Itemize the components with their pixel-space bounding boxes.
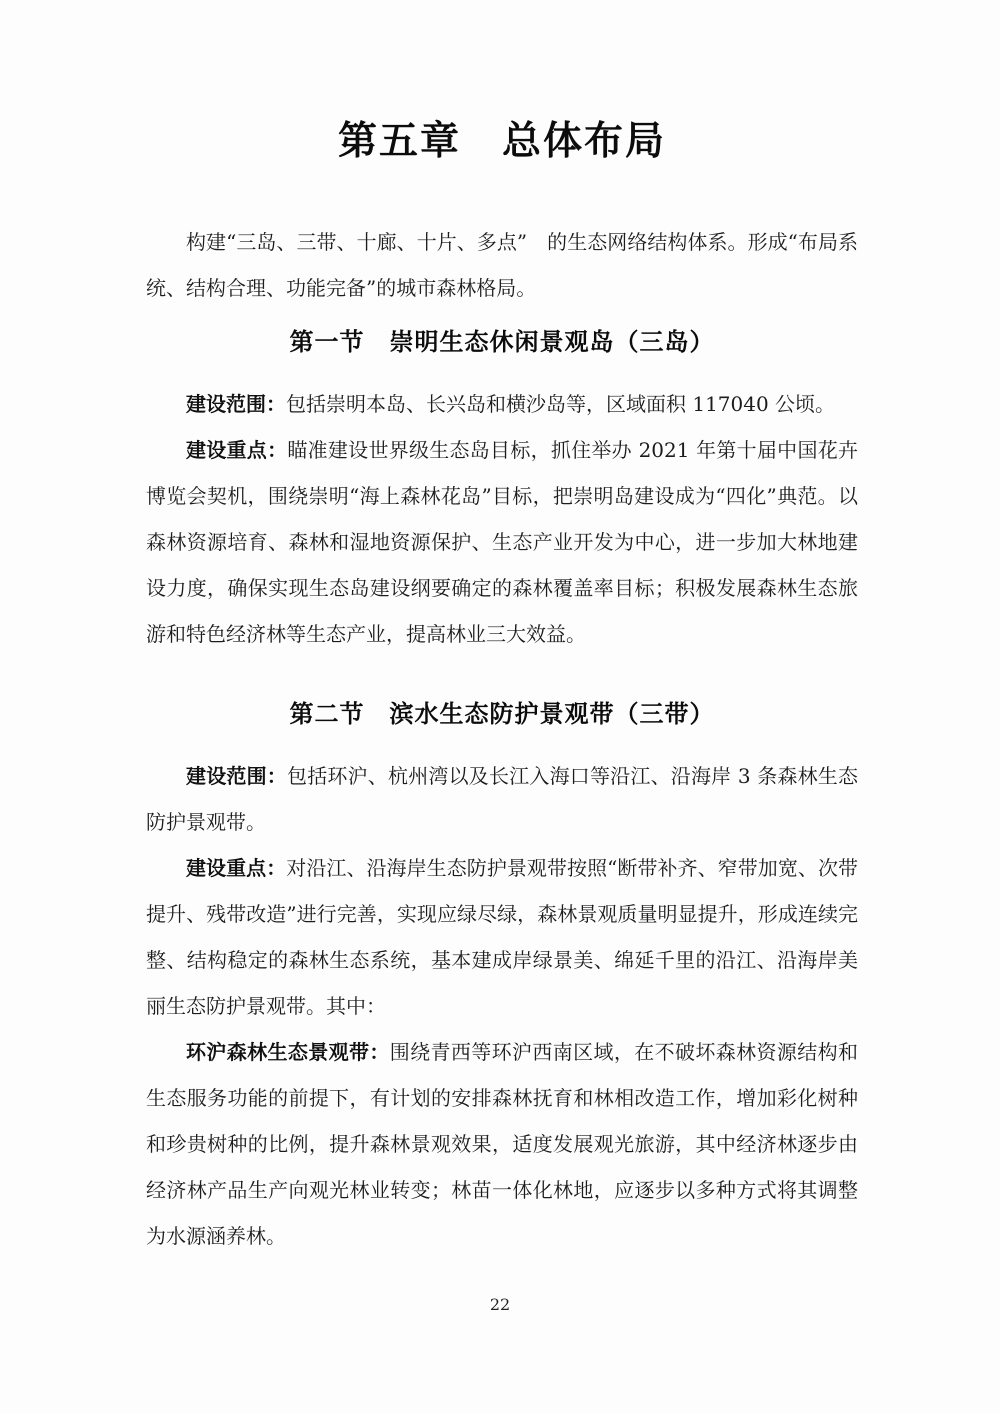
section-2-paragraph-2: 建设重点：对沿江、沿海岸生态防护景观带按照“断带补齐、窄带加宽、次带提升、残带改… (146, 845, 858, 1029)
paragraph-lead: 环沪森林生态景观带： (186, 1040, 390, 1064)
paragraph-text: 围绕青西等环沪西南区域，在不破坏森林资源结构和生态服务功能的前提下，有计划的安排… (146, 1040, 858, 1248)
document-page: 第五章 总体布局 构建“三岛、三带、十廊、十片、多点” 的生态网络结构体系。形成… (0, 0, 1000, 1414)
section-1-paragraph-2: 建设重点：瞄准建设世界级生态岛目标，抓住举办 2021 年第十届中国花卉博览会契… (146, 427, 858, 657)
paragraph-lead: 建设范围： (186, 764, 287, 788)
chapter-title: 第五章 总体布局 (146, 118, 858, 167)
section-2-paragraph-1: 建设范围：包括环沪、杭州湾以及长江入海口等沿江、沿海岸 3 条森林生态防护景观带… (146, 753, 858, 845)
paragraph-lead: 建设范围： (186, 392, 286, 416)
intro-paragraph: 构建“三岛、三带、十廊、十片、多点” 的生态网络结构体系。形成“布局系统、结构合… (146, 219, 858, 311)
section-2-heading: 第二节 滨水生态防护景观带（三带） (146, 697, 858, 731)
section-2-paragraph-3: 环沪森林生态景观带：围绕青西等环沪西南区域，在不破坏森林资源结构和生态服务功能的… (146, 1029, 858, 1259)
paragraph-lead: 建设重点： (186, 856, 286, 880)
page-number: 22 (0, 1295, 1000, 1314)
section-1-paragraph-1: 建设范围：包括崇明本岛、长兴岛和横沙岛等，区域面积 117040 公顷。 (146, 381, 858, 427)
paragraph-lead: 建设重点： (186, 438, 287, 462)
paragraph-text: 瞄准建设世界级生态岛目标，抓住举办 2021 年第十届中国花卉博览会契机，围绕崇… (146, 438, 858, 646)
paragraph-text: 包括崇明本岛、长兴岛和横沙岛等，区域面积 117040 公顷。 (286, 392, 835, 416)
paragraph-text: 对沿江、沿海岸生态防护景观带按照“断带补齐、窄带加宽、次带提升、残带改造”进行完… (146, 856, 858, 1018)
intro-paragraph-text: 构建“三岛、三带、十廊、十片、多点” 的生态网络结构体系。形成“布局系统、结构合… (146, 230, 858, 300)
section-1-heading: 第一节 崇明生态休闲景观岛（三岛） (146, 325, 858, 359)
